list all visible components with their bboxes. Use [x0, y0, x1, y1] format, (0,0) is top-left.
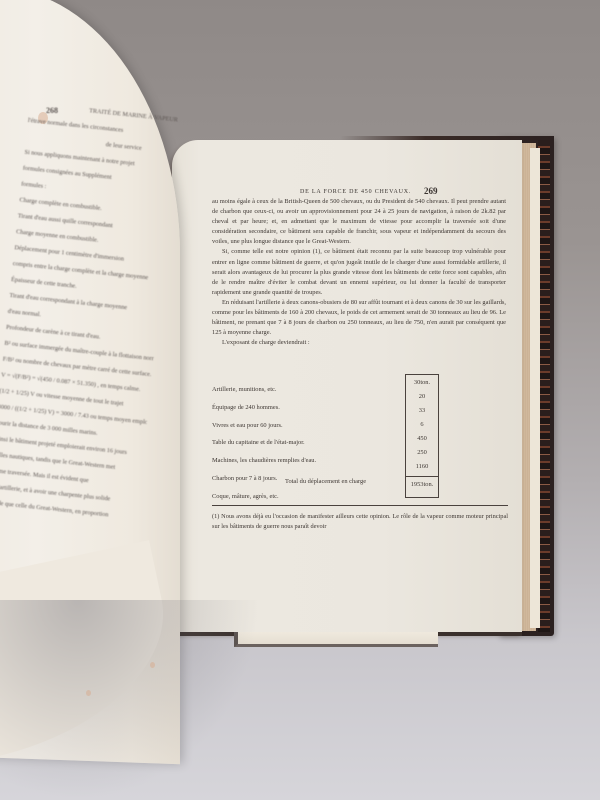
left-page-shadow — [0, 600, 260, 800]
table-row: Table du capitaine et de l'état-major. — [212, 435, 512, 453]
table-label: Artillerie, munitions, etc. — [212, 386, 276, 393]
paragraph: au moins égale à ceux de la British-Quee… — [212, 197, 506, 247]
table-label: Table du capitaine et de l'état-major. — [212, 439, 305, 446]
paragraph: Si, comme telle est notre opinion (1), c… — [212, 247, 506, 297]
page-number-right: 269 — [424, 186, 438, 196]
table-label: Charbon pour 7 à 8 jours. — [212, 475, 277, 482]
table-label: Vivres et eau pour 60 jours. — [212, 422, 283, 429]
paragraph: L'exposant de charge deviendrait : — [212, 338, 506, 348]
table-row: Coque, mâture, agrès, etc. — [212, 489, 512, 507]
table-row: Machines, les chaudières remplies d'eau. — [212, 453, 512, 471]
footnote-rule — [212, 505, 508, 506]
foxing-spot — [86, 690, 91, 696]
load-table: Artillerie, munitions, etc. Équipage de … — [212, 382, 512, 507]
table-label: Machines, les chaudières remplies d'eau. — [212, 457, 316, 464]
table-label: Équipage de 240 hommes. — [212, 404, 280, 411]
table-row: Équipage de 240 hommes. — [212, 400, 512, 418]
page-block-edges-light — [530, 148, 540, 628]
table-label: Coque, mâture, agrès, etc. — [212, 493, 279, 500]
paragraph: En réduisant l'artillerie à deux canons-… — [212, 298, 506, 338]
running-head-right: DE LA FORCE DE 450 CHEVAUX. — [300, 189, 411, 195]
book-photo: DE LA FORCE DE 450 CHEVAUX. 269 au moins… — [0, 0, 600, 800]
foxing-spot — [150, 662, 155, 668]
footnote: (1) Nous avons déjà eu l'occasion de man… — [212, 512, 508, 532]
right-page-body: au moins égale à ceux de la British-Quee… — [212, 197, 506, 348]
table-total-label: Total du déplacement en charge — [285, 478, 366, 485]
page-ribbon-slip — [234, 632, 438, 647]
table-row: Artillerie, munitions, etc. — [212, 382, 512, 400]
table-row: Vivres et eau pour 60 jours. — [212, 418, 512, 436]
